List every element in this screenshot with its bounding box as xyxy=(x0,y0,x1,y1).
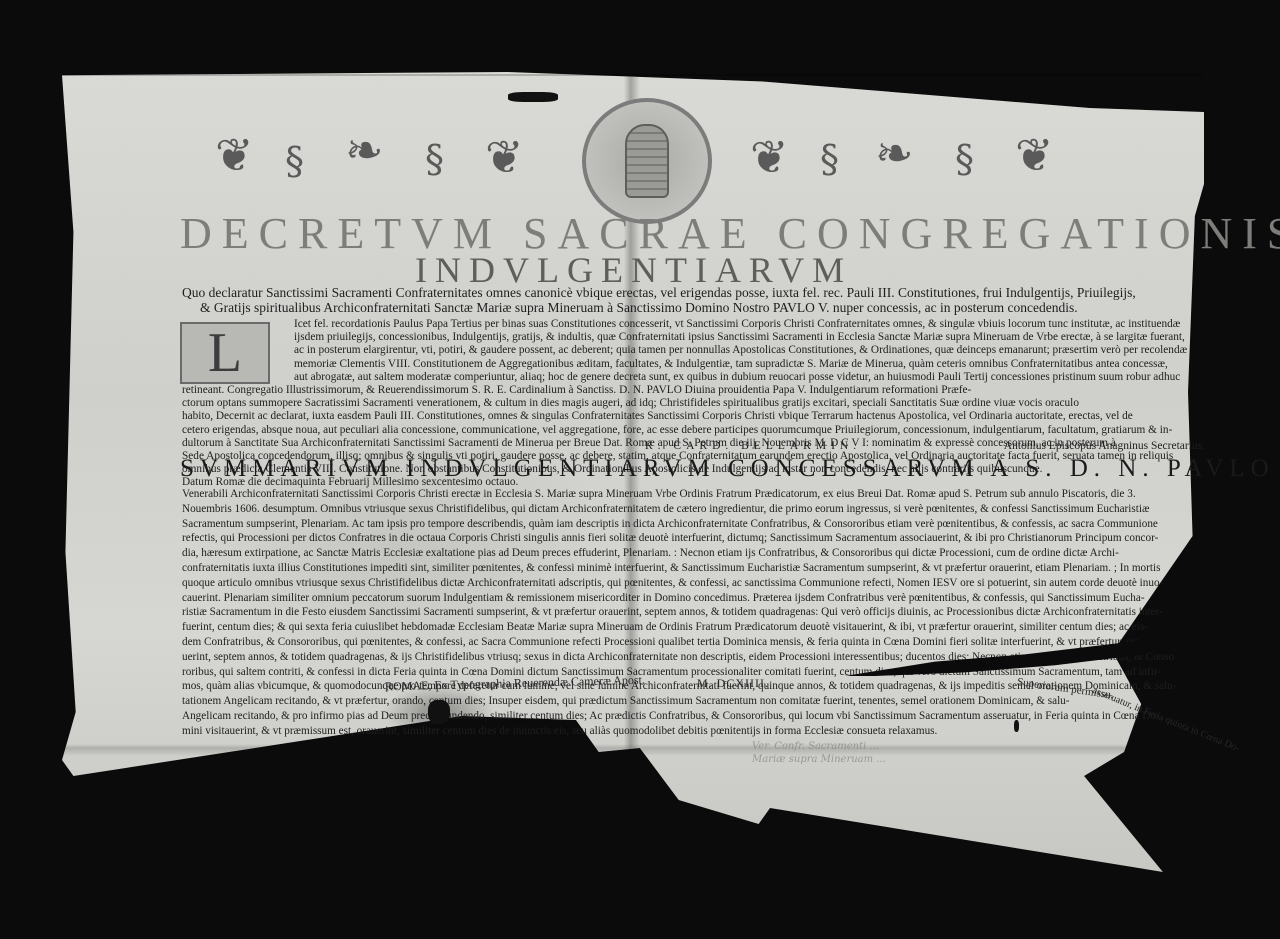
summary-line: Sacramentum sumpserint, Plenariam. Ac ta… xyxy=(182,517,1202,532)
ornament-scroll-icon: ❦ xyxy=(215,132,254,178)
intro-line: Quo declaratur Sanctissimi Sacramenti Co… xyxy=(182,285,1202,300)
decree-line: retineant. Congregatio Illustrissimorum,… xyxy=(182,384,1202,397)
ornament-scroll-icon: § xyxy=(820,140,839,178)
decree-subtitle: INDVLGENTIARVM xyxy=(415,252,852,288)
ink-stain xyxy=(508,92,558,102)
summary-line: tationem Angelicam recitando, & vt præfe… xyxy=(182,694,1202,709)
summary-line: refectis, qui Processioni per dictos Con… xyxy=(182,531,1202,546)
summary-line: mini visitauerint, & vt præmissum est, o… xyxy=(182,724,1202,739)
summary-line: dia, hæresum extirpatione, ac Sanctæ Mat… xyxy=(182,546,1202,561)
decree-intro: Quo declaratur Sanctissimi Sacramenti Co… xyxy=(182,285,1202,315)
top-fold xyxy=(62,74,1204,76)
decree-line: ac in posterum elargirentur, vti, potiri… xyxy=(182,344,1202,357)
summary-line: confraternitatis iuxta illius Constituti… xyxy=(182,561,1202,576)
summary-line: quoque articulo omnibus vtriusque sexus … xyxy=(182,576,1202,591)
summary-body: Venerabili Archiconfraternitati Sanctiss… xyxy=(182,487,1202,739)
decree-line: ctorum optans summopere Sacratissimi Sac… xyxy=(182,397,1202,410)
summary-line: Angelicam recitando, & pro infirmo pias … xyxy=(182,709,1202,724)
decree-line: aut abrogatæ, aut saltem moderatæ comper… xyxy=(182,371,1202,384)
decree-line: ijsdem priuilegijs, concessionibus, Indu… xyxy=(182,331,1202,344)
ornament-scroll-icon: § xyxy=(285,142,304,180)
handwritten-line: Mariæ supra Mineruam ... xyxy=(752,753,1112,766)
ornament-scroll-icon: ❦ xyxy=(750,134,789,180)
summary-line: Venerabili Archiconfraternitati Sanctiss… xyxy=(182,487,1202,502)
handwritten-note: Ver. Confr. Sacramenti ... Mariæ supra M… xyxy=(752,740,1112,766)
summary-line: Nouembris 1606. desumptum. Omnibus vtriu… xyxy=(182,502,1202,517)
decree-line: habito, Decernit ac declarat, iuxta easd… xyxy=(182,410,1202,423)
tiara-icon xyxy=(625,124,669,198)
ornament-scroll-icon: ❦ xyxy=(485,134,524,180)
summary-title: SVMMARIVM INDVLGENTIARVM CONCESSARVM A S… xyxy=(180,456,1210,481)
ornament-scroll-icon: ❦ xyxy=(1015,132,1054,178)
summary-line: roribus, qui saltem contriti, & confessi… xyxy=(182,665,1202,680)
summary-line: fuerint, centum dies; & qui sexta feria … xyxy=(182,620,1202,635)
summary-line: dem Confratribus, & Consororibus, qui pœ… xyxy=(182,635,1202,650)
summary-line: ristiæ Sacramentum in die Festo eiusdem … xyxy=(182,605,1202,620)
print-year: M. DCXIIII. xyxy=(697,676,769,691)
ink-stain xyxy=(428,700,450,724)
decree-line: cetero erigendas, absque noua, aut pecul… xyxy=(182,424,1202,437)
cardinal-signature: R. CARD. BELLARMIN. xyxy=(645,440,861,452)
ink-stain xyxy=(1014,720,1019,732)
summary-line: cauerint. Plenariam similiter omnium pec… xyxy=(182,591,1202,606)
ornament-scroll-icon: ❧ xyxy=(345,127,384,173)
papal-tiara-medallion xyxy=(582,98,712,224)
handwritten-line: Ver. Confr. Sacramenti ... xyxy=(752,740,1112,753)
decree-line: memoriæ Clementis VIII. Constitutionem d… xyxy=(182,358,1202,371)
intro-line: & Gratijs spiritualibus Archiconfraterni… xyxy=(182,300,1202,315)
signature-block: R. CARD. BELLARMIN. Antonius Episcopus A… xyxy=(645,440,1205,452)
secretary-signature: Antonius Episcopus Anagninus Secretarius… xyxy=(1004,440,1205,452)
ornament-scroll-icon: § xyxy=(425,140,444,178)
ornament-scroll-icon: § xyxy=(955,140,974,178)
ornament-scroll-icon: ❧ xyxy=(875,130,914,176)
decree-line: Icet fel. recordationis Paulus Papa Tert… xyxy=(182,318,1202,331)
